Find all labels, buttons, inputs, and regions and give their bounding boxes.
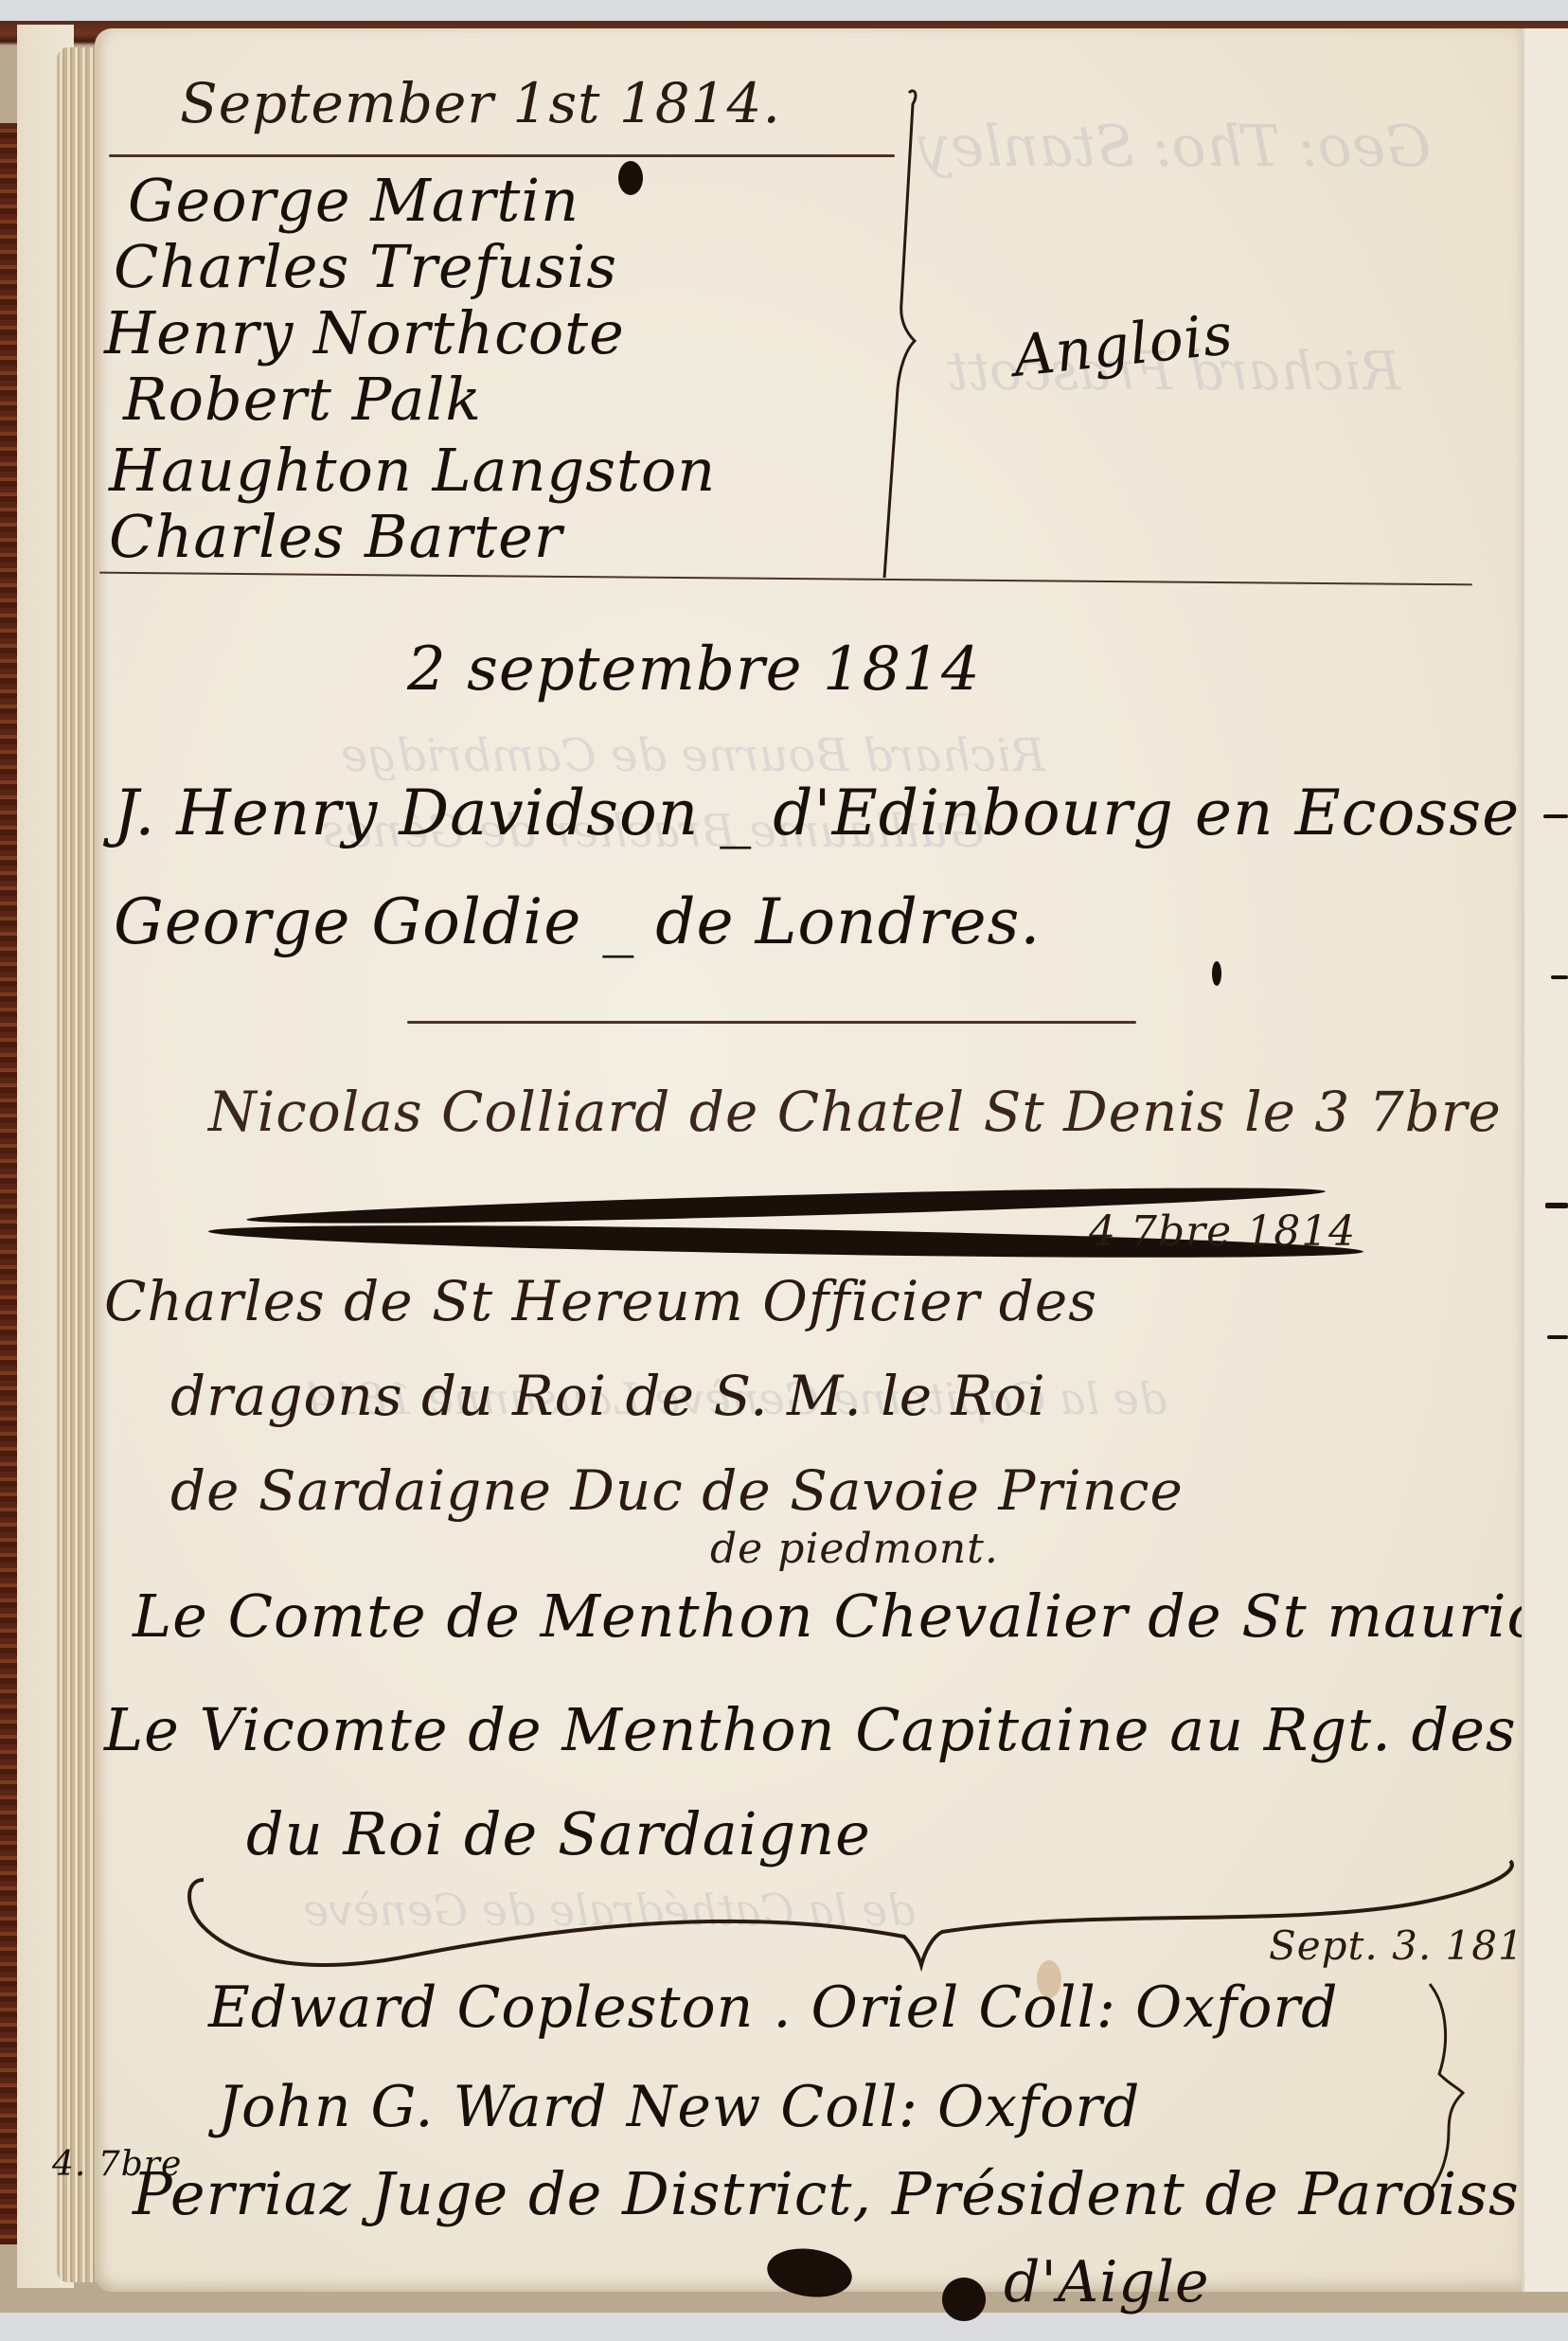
facing-page-edge	[1524, 28, 1568, 2292]
visitor-entry: Le Vicomte de Menthon Capitaine au Rgt. …	[104, 1695, 1568, 1764]
visitor-name: Robert Palk	[123, 365, 482, 434]
facing-page-ink	[1545, 1203, 1568, 1208]
visitor-name: Haughton Langston	[109, 436, 716, 505]
entry-date-sept-3: Sept. 3. 1814	[1269, 1922, 1550, 1969]
ink-blot	[618, 161, 643, 195]
visitor-name: Charles Barter	[109, 502, 562, 571]
facing-page-ink	[1543, 814, 1568, 818]
visitor-entry: John G. Ward New Coll: Oxford	[218, 2074, 1140, 2140]
visitor-entry: du Roi de Sardaigne	[246, 1799, 871, 1868]
date-underline	[109, 154, 895, 157]
visitor-entry: J. Henry Davidson _ d'Edinbourg en Ecoss…	[114, 777, 1541, 849]
visitor-name: Henry Northcote	[104, 298, 625, 367]
visitor-entry: Perriaz Juge de District, Président de P…	[133, 2159, 1556, 2228]
section-divider	[99, 572, 1472, 586]
facing-page-ink	[1551, 975, 1568, 979]
manuscript-page: Geo: Tho: Stanley Richard Frascott Richa…	[95, 28, 1522, 2292]
visitor-entry-continuation: d'Aigle	[1004, 2249, 1210, 2315]
officer-line: de Sardaigne Duc de Savoie Prince	[170, 1458, 1184, 1523]
section-divider	[407, 1021, 1136, 1024]
ink-dot	[1212, 961, 1221, 986]
ink-blot	[942, 2278, 986, 2321]
bleed-through-text: Geo: Tho: Stanley	[918, 114, 1431, 180]
visitor-entry: Nicolas Colliard de Chatel St Denis le 3…	[208, 1080, 1568, 1144]
interlinear-insert: de piedmont.	[710, 1525, 999, 1573]
officer-line: dragons du Roi de S. M. le Roi	[170, 1364, 1046, 1428]
page-stack-edges	[57, 47, 99, 2282]
visitor-entry: Le Comte de Menthon Chevalier de St maur…	[133, 1582, 1568, 1651]
visitor-name: Charles Trefusis	[114, 232, 617, 301]
facing-page-ink	[1547, 1335, 1568, 1339]
visitor-entry: George Goldie _ de Londres.	[114, 885, 1041, 958]
visitor-name: George Martin	[128, 166, 579, 235]
curly-brace	[881, 85, 937, 597]
entry-date-sept-2: 2 septembre 1814	[407, 634, 981, 705]
officer-line: Charles de St Hereum Officier des	[104, 1269, 1097, 1333]
visitor-entry: Edward Copleston . Oriel Coll: Oxford	[208, 1975, 1339, 2041]
struck-date: 4 7bre 1814	[1089, 1207, 1356, 1256]
entry-date-sept-1: September 1st 1814.	[180, 71, 781, 135]
bleed-through-text: Richard Bourne de Cambridge	[341, 729, 1045, 782]
